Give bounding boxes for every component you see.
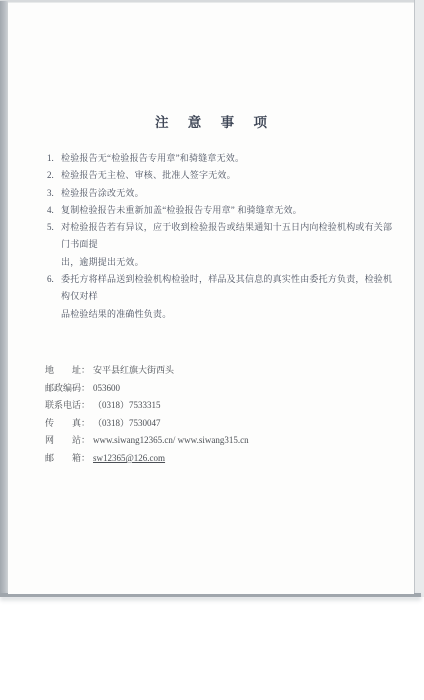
contact-label: 邮 箱：	[45, 450, 90, 468]
scan-edge-left	[0, 1, 8, 597]
scanned-document: 注 意 事 项 1. 检验报告无“检验报告专用章”和骑缝章无效。 2. 检验报告…	[0, 0, 424, 700]
contact-label: 地 址：	[45, 362, 90, 380]
contact-value: www.siwang12365.cn/ www.siwang315.cn	[93, 432, 249, 450]
contact-value: sw12365@126.com	[93, 450, 165, 468]
item-number: 3.	[47, 185, 61, 202]
item-number: 6.	[47, 271, 61, 288]
page-title: 注 意 事 项	[8, 111, 414, 131]
contact-row: 传 真： （0318）7530047	[45, 415, 249, 433]
item-text: 检验报告无“检验报告专用章”和骑缝章无效。	[61, 150, 401, 167]
item-text: 复制检验报告未重新加盖“检验报告专用章” 和骑缝章无效。	[61, 202, 401, 219]
contact-value: （0318）7530047	[93, 415, 161, 433]
contact-label: 联系电话：	[45, 397, 90, 415]
item-number: 5.	[47, 219, 61, 236]
scan-edge-right	[414, 0, 424, 597]
contact-label: 传 真：	[45, 415, 90, 433]
document-page: 注 意 事 项 1. 检验报告无“检验报告专用章”和骑缝章无效。 2. 检验报告…	[8, 2, 414, 594]
item-number: 4.	[47, 202, 61, 219]
list-item: 5. 对检验报告若有异议，应于收到检验报告或结果通知十五日内向检验机构或有关部门…	[47, 219, 401, 271]
contact-value: （0318）7533315	[93, 397, 161, 415]
contact-block: 地 址： 安平县红旗大街西头 邮政编码： 053600 联系电话： （0318）…	[45, 362, 249, 468]
item-number: 2.	[47, 167, 61, 184]
contact-row: 联系电话： （0318）7533315	[45, 397, 249, 415]
contact-label: 邮政编码：	[45, 380, 90, 398]
item-number: 1.	[47, 150, 61, 167]
contact-row: 邮政编码： 053600	[45, 380, 249, 398]
list-item: 1. 检验报告无“检验报告专用章”和骑缝章无效。	[47, 150, 401, 167]
list-item: 6. 委托方将样品送到检验机构检验时，样品及其信息的真实性由委托方负责，检验机构…	[47, 271, 401, 323]
contact-row: 网 站： www.siwang12365.cn/ www.siwang315.c…	[45, 432, 249, 450]
contact-label: 网 站：	[45, 432, 90, 450]
contact-row: 邮 箱： sw12365@126.com	[45, 450, 249, 468]
list-item: 3. 检验报告涂改无效。	[47, 185, 401, 202]
notes-list: 1. 检验报告无“检验报告专用章”和骑缝章无效。 2. 检验报告无主检、审核、批…	[47, 150, 401, 323]
contact-row: 地 址： 安平县红旗大街西头	[45, 362, 249, 380]
item-text: 检验报告无主检、审核、批准人签字无效。	[61, 167, 401, 184]
contact-value: 安平县红旗大街西头	[93, 362, 174, 380]
list-item: 4. 复制检验报告未重新加盖“检验报告专用章” 和骑缝章无效。	[47, 202, 401, 219]
item-text: 检验报告涂改无效。	[61, 185, 401, 202]
item-text: 委托方将样品送到检验机构检验时，样品及其信息的真实性由委托方负责，检验机构仅对样…	[61, 271, 401, 323]
contact-value: 053600	[93, 380, 120, 398]
list-item: 2. 检验报告无主检、审核、批准人签字无效。	[47, 167, 401, 184]
item-text: 对检验报告若有异议，应于收到检验报告或结果通知十五日内向检验机构或有关部门书面提…	[61, 219, 401, 271]
